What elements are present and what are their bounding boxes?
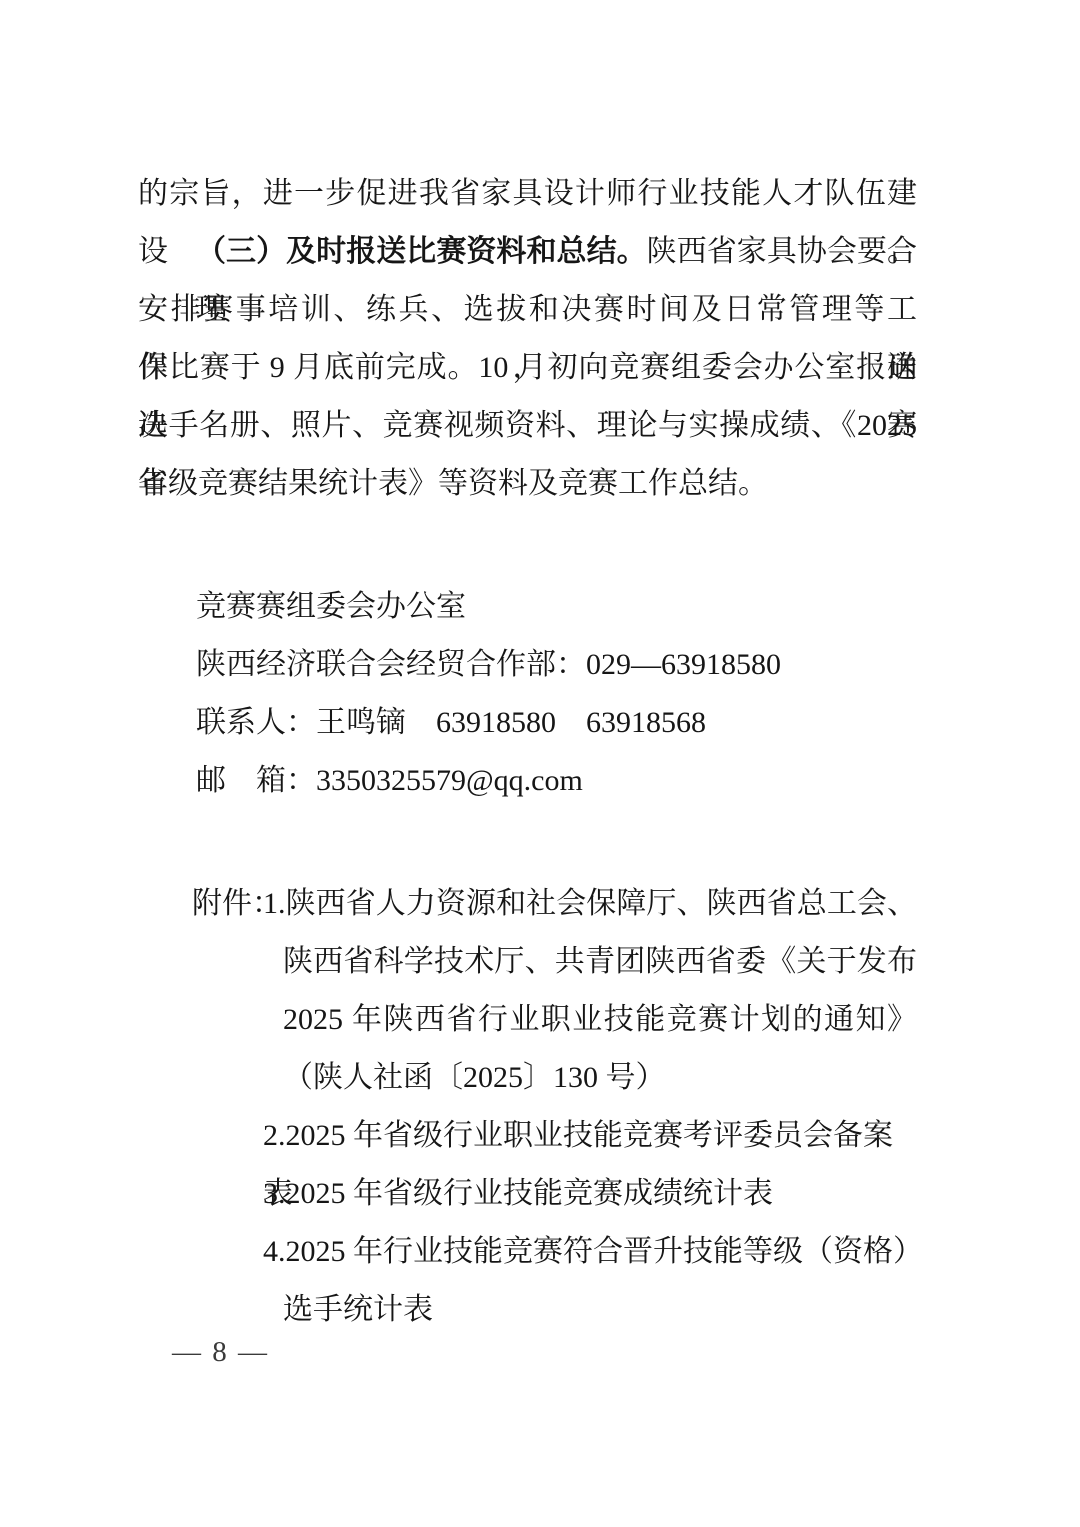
document-page: 的宗旨，进一步促进我省家具设计师行业技能人才队伍建设。 （三）及时报送比赛资料和… bbox=[0, 0, 1080, 1527]
attachment-item1-line2: 陕西省科学技术厅、共青团陕西省委《关于发布 bbox=[138, 933, 917, 991]
contact-office-line: 竞赛赛组委会办公室 bbox=[138, 578, 917, 636]
contact-email-line: 邮 箱：3350325579@qq.com bbox=[138, 752, 917, 810]
attachment-item3: 3.2025 年省级行业技能竞赛成绩统计表 bbox=[138, 1165, 917, 1223]
body-paragraph2-line2: 安排赛事培训、练兵、选拔和决赛时间及日常管理等工作，确 bbox=[138, 281, 917, 339]
attachment-item2: 2.2025 年省级行业职业技能竞赛考评委员会备案表 bbox=[138, 1107, 917, 1165]
document-body: 的宗旨，进一步促进我省家具设计师行业技能人才队伍建设。 （三）及时报送比赛资料和… bbox=[138, 165, 917, 1339]
attachment-item1-line4: （陕人社函〔2025〕130 号） bbox=[138, 1049, 917, 1107]
blank-line bbox=[138, 810, 917, 875]
body-paragraph1-line1: 的宗旨，进一步促进我省家具设计师行业技能人才队伍建设。 bbox=[138, 165, 917, 223]
body-paragraph2-line5: 省级竞赛结果统计表》等资料及竞赛工作总结。 bbox=[138, 455, 917, 513]
page-number: — 8 — bbox=[172, 1332, 269, 1372]
attachment-item1-line3: 2025 年陕西省行业职业技能竞赛计划的通知》 bbox=[138, 991, 917, 1049]
attachment-item1-line1: 附件：1.陕西省人力资源和社会保障厅、陕西省总工会、 bbox=[138, 875, 917, 933]
body-paragraph2-line1: （三）及时报送比赛资料和总结。陕西省家具协会要合理 bbox=[138, 223, 917, 281]
body-paragraph2-line3: 保比赛于 9 月底前完成。10 月初向竞赛组委会办公室报送决赛 bbox=[138, 339, 917, 397]
attachment-item1-text: 1.陕西省人力资源和社会保障厅、陕西省总工会、 bbox=[263, 887, 917, 920]
attachments-label: 附件： bbox=[192, 875, 282, 933]
body-paragraph2-line4: 选手名册、照片、竞赛视频资料、理论与实操成绩、《2025 年 bbox=[138, 397, 917, 455]
contact-department-phone-line: 陕西经济联合会经贸合作部：029—63918580 bbox=[138, 636, 917, 694]
contact-person-line: 联系人：王鸣镝 63918580 63918568 bbox=[138, 694, 917, 752]
blank-line bbox=[138, 513, 917, 578]
attachment-item4-line2: 选手统计表 bbox=[138, 1281, 917, 1339]
paragraph2-bold-heading: （三）及时报送比赛资料和总结。 bbox=[196, 235, 647, 268]
attachment-item4-line1: 4.2025 年行业技能竞赛符合晋升技能等级（资格） bbox=[138, 1223, 917, 1281]
